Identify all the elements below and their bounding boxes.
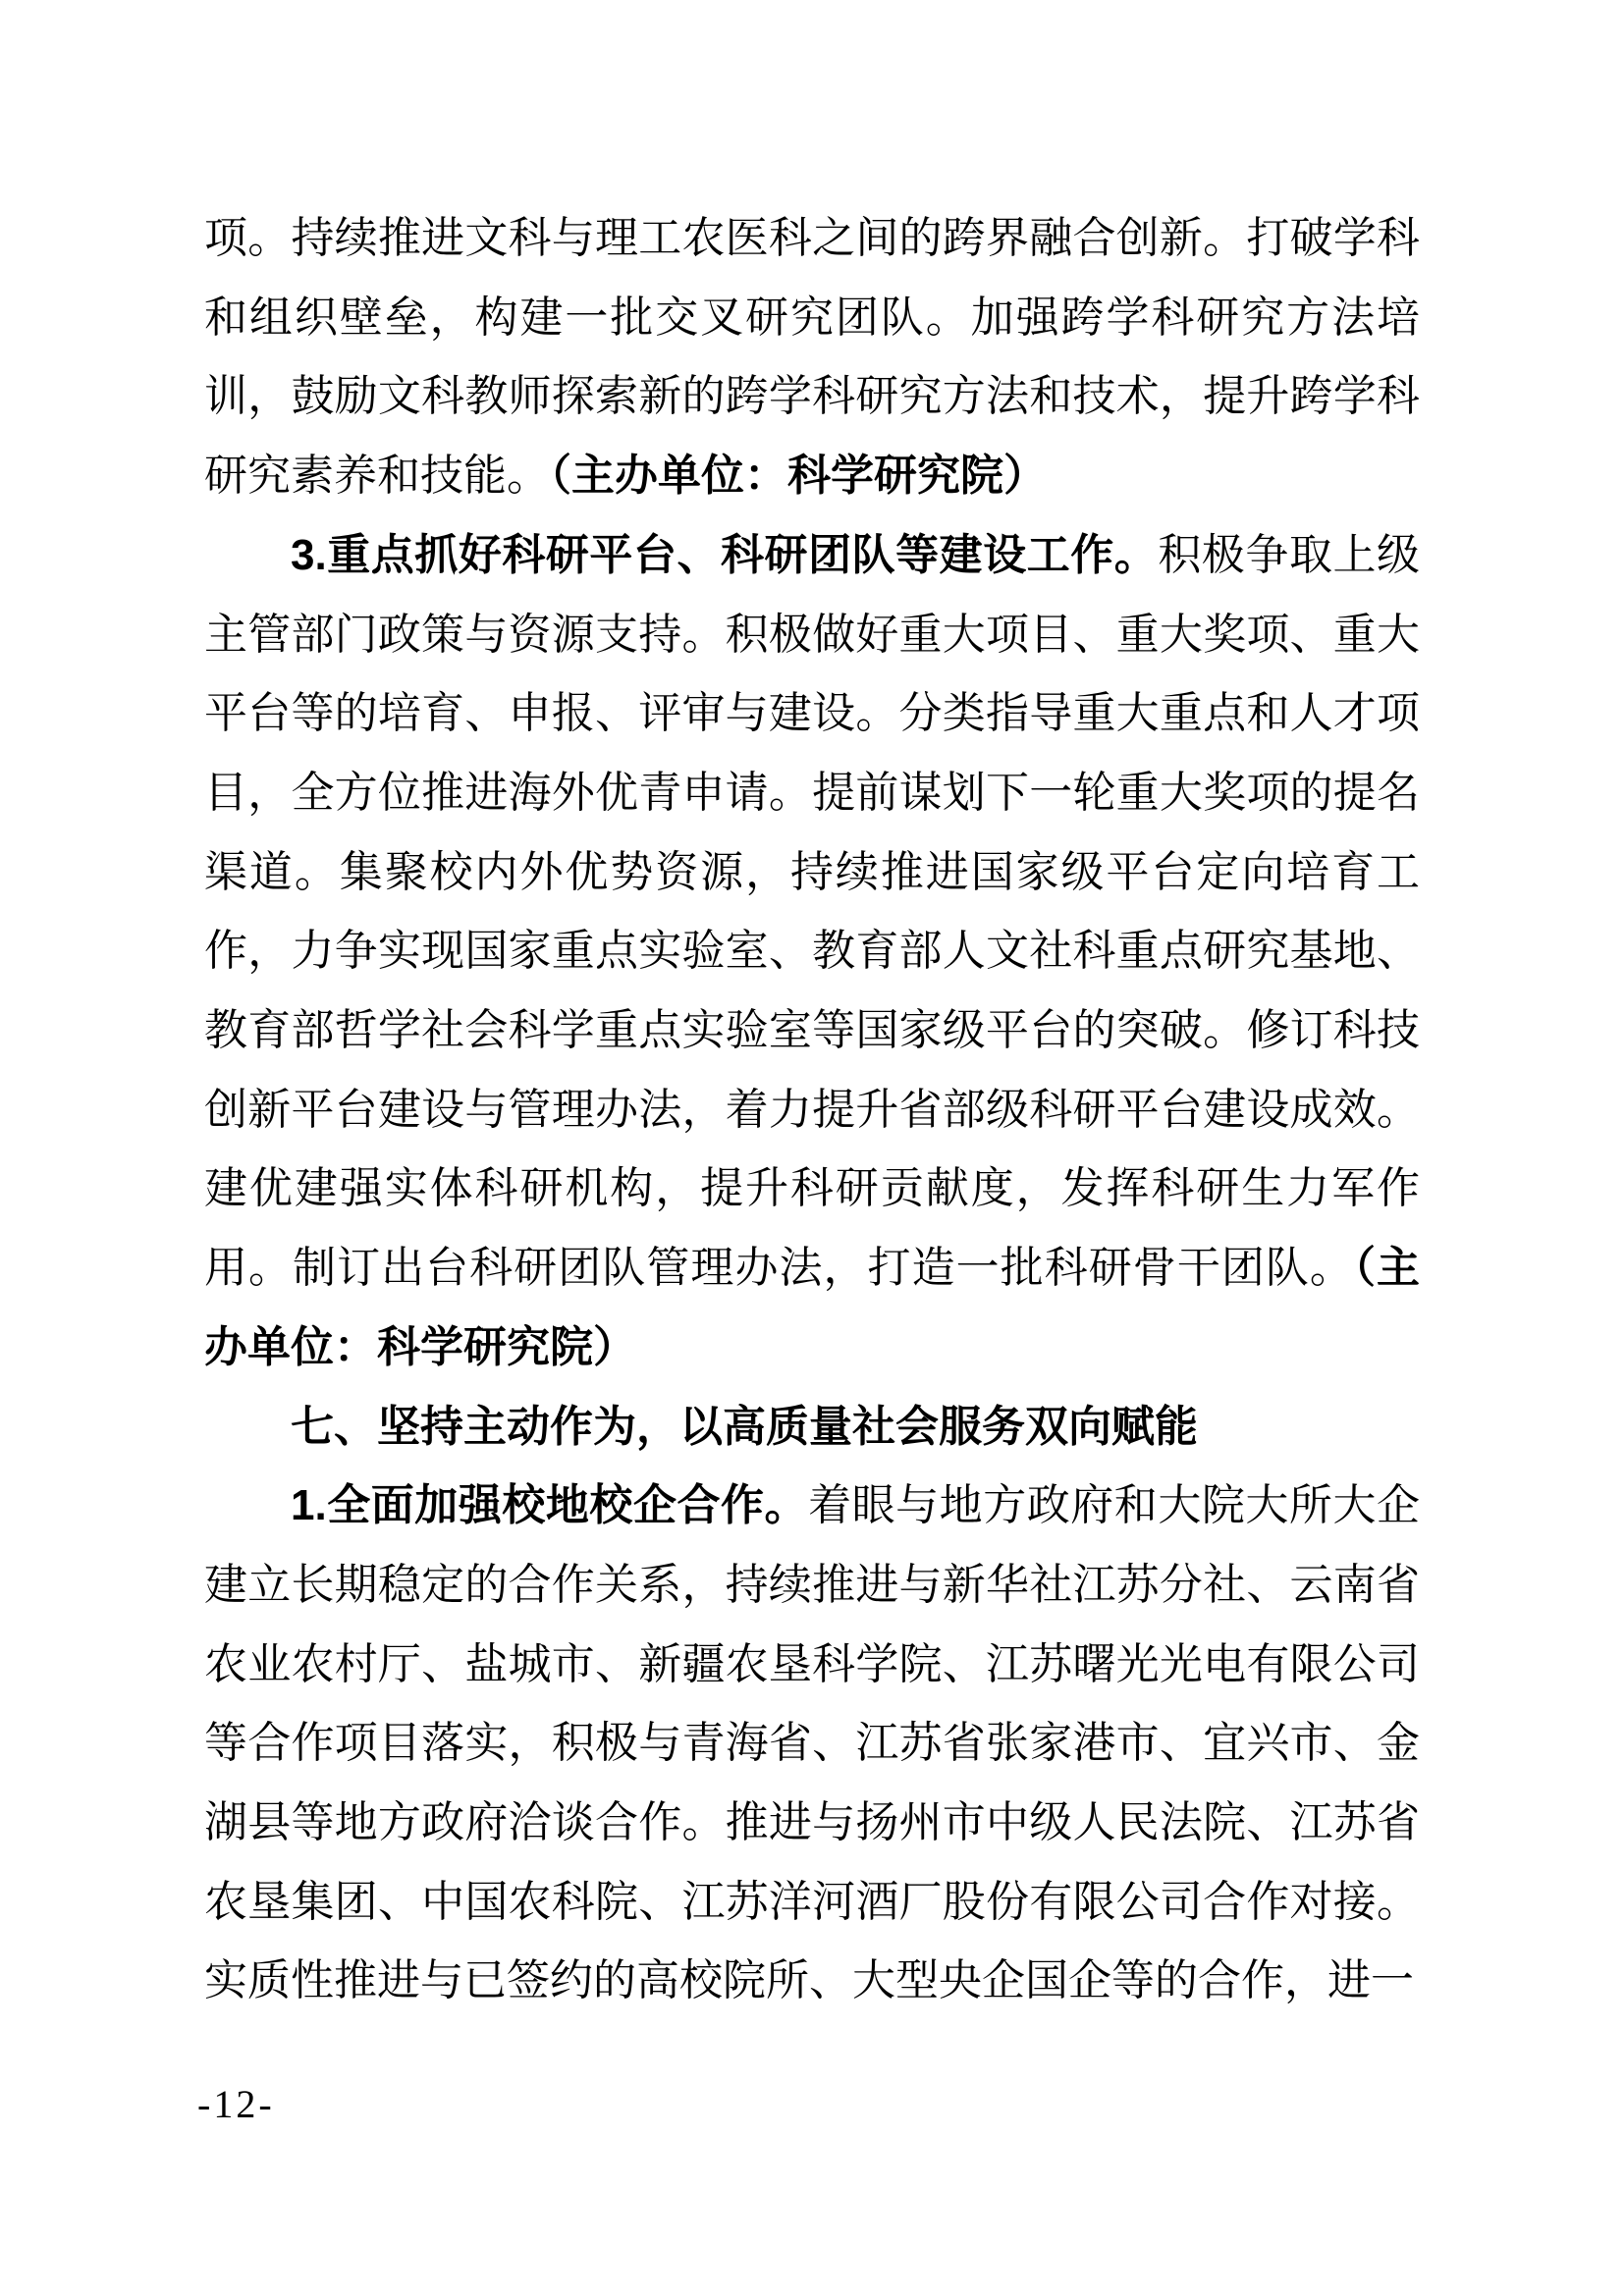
section-heading-7: 七、坚持主动作为，以高质量社会服务双向赋能 [204,1388,1420,1468]
host-unit-label: （主办单位：科学研究院） [550,452,1047,500]
paragraph-item-3: 3.重点抓好科研平台、科研团队等建设工作。积极争取上级主管部门政策与资源支持。积… [204,516,1420,1388]
paragraph-text: 积极争取上级主管部门政策与资源支持。积极做好重大项目、重大奖项、重大平台等的培育… [204,531,1420,1292]
document-page: 项。持续推进文科与理工农医科之间的跨界融合创新。打破学科和组织壁垒，构建一批交叉… [0,0,1624,2296]
paragraph-text: 着眼与地方政府和大院大所大企建立长期稳定的合作关系，持续推进与新华社江苏分社、云… [204,1481,1420,2004]
document-body: 项。持续推进文科与理工农医科之间的跨界融合创新。打破学科和组织壁垒，构建一批交叉… [204,199,1420,2021]
paragraph-item-1: 1.全面加强校地校企合作。着眼与地方政府和大院大所大企建立长期稳定的合作关系，持… [204,1467,1420,2021]
page-number: -12- [197,2081,275,2127]
paragraph-continued: 项。持续推进文科与理工农医科之间的跨界融合创新。打破学科和组织壁垒，构建一批交叉… [204,199,1420,516]
bold-lead: 3.重点抓好科研平台、科研团队等建设工作。 [291,531,1158,579]
bold-lead: 1.全面加强校地校企合作。 [291,1481,808,1529]
